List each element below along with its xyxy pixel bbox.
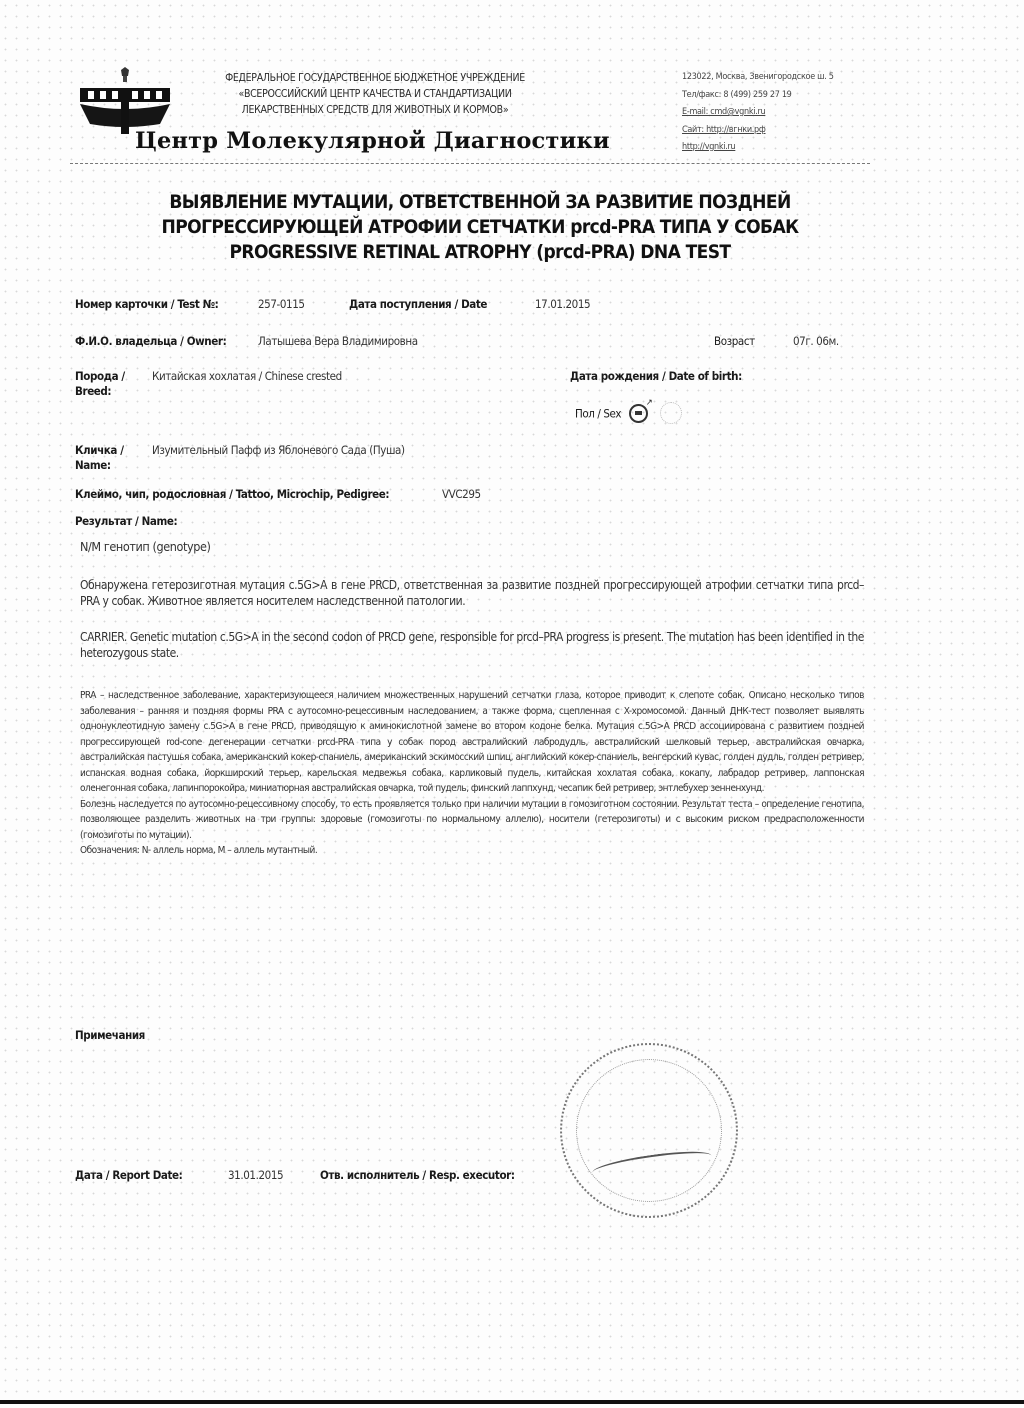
title-line-3: PROGRESSIVE RETINAL ATROPHY (prcd-PRA) D… [120, 240, 840, 265]
scan-bottom-edge [0, 1400, 1024, 1404]
sex-field: Пол / Sex ↗ [575, 402, 682, 424]
title-line-1: ВЫЯВЛЕНИЕ МУТАЦИИ, ОТВЕТСТВЕННОЙ ЗА РАЗВ… [120, 190, 840, 215]
contact-phone: Тел/факс: 8 (499) 259 27 19 [682, 87, 834, 105]
official-seal-stamp [560, 1043, 738, 1218]
info-paragraph-3: Обозначения: N- аллель норма, M – аллель… [80, 843, 864, 859]
receipt-date-label: Дата поступления / Date [349, 297, 487, 311]
pet-name-label-en: Name: [75, 458, 124, 473]
sex-label: Пол / Sex [575, 407, 621, 421]
organization-name: ФЕДЕРАЛЬНОЕ ГОСУДАРСТВЕННОЕ БЮДЖЕТНОЕ УЧ… [190, 70, 560, 118]
breed-label-ru: Порода / [75, 369, 125, 384]
breed-label-en: Breed: [75, 384, 125, 399]
title-line-2: ПРОГРЕССИРУЮЩЕЙ АТРОФИИ СЕТЧАТКИ prcd-PR… [120, 215, 840, 240]
report-date-label: Дата / Report Date: [75, 1168, 182, 1182]
owner-value: Латышева Вера Владимировна [258, 334, 418, 348]
notes-label: Примечания [75, 1028, 145, 1042]
genotype-result: N/M генотип (genotype) [80, 539, 211, 554]
age-value: 07г. 06м. [793, 334, 839, 348]
tattoo-label: Клеймо, чип, родословная / Tattoo, Micro… [75, 487, 389, 501]
report-date-value: 31.01.2015 [228, 1168, 283, 1182]
pet-name-value: Изумительный Пафф из Яблоневого Сада (Пу… [152, 443, 405, 457]
breed-value: Китайская хохлатая / Chinese crested [152, 369, 342, 383]
info-paragraph-2: Болезнь наследуется по аутосомно-рецесси… [80, 797, 864, 844]
contact-block: 123022, Москва, Звенигородское ш. 5 Тел/… [682, 69, 834, 157]
info-paragraph-1: PRA – наследственное заболевание, характ… [80, 688, 864, 797]
document-title: ВЫЯВЛЕНИЕ МУТАЦИИ, ОТВЕТСТВЕННОЙ ЗА РАЗВ… [120, 190, 840, 265]
contact-address: 123022, Москва, Звенигородское ш. 5 [682, 69, 834, 87]
birth-date-label: Дата рождения / Date of birth: [570, 369, 742, 383]
result-label: Результат / Name: [75, 514, 177, 528]
org-line-2: «ВСЕРОССИЙСКИЙ ЦЕНТР КАЧЕСТВА И СТАНДАРТ… [190, 86, 560, 102]
contact-email[interactable]: E-mail: cmd@vgnki.ru [682, 104, 834, 122]
contact-site-alt[interactable]: http://vgnki.ru [682, 139, 834, 157]
pet-name-label-ru: Кличка / [75, 443, 124, 458]
header-divider [70, 163, 870, 164]
contact-site[interactable]: Сайт: http://вгнки.рф [682, 122, 834, 140]
org-line-3: ЛЕКАРСТВЕННЫХ СРЕДСТВ ДЛЯ ЖИВОТНЫХ И КОР… [190, 102, 560, 118]
org-line-1: ФЕДЕРАЛЬНОЕ ГОСУДАРСТВЕННОЕ БЮДЖЕТНОЕ УЧ… [190, 70, 560, 86]
result-description-en: CARRIER. Genetic mutation c.5G>A in the … [80, 629, 864, 661]
age-label: Возраст [714, 334, 755, 348]
disease-info: PRA – наследственное заболевание, характ… [80, 688, 864, 859]
test-number-label: Номер карточки / Test №: [75, 297, 218, 311]
receipt-date-value: 17.01.2015 [535, 297, 590, 311]
tattoo-value: VVC295 [442, 487, 481, 501]
breed-label: Порода / Breed: [75, 369, 125, 399]
center-name: Центр Молекулярной Диагностики [135, 128, 610, 154]
owner-label: Ф.И.О. владельца / Owner: [75, 334, 226, 348]
male-symbol-icon: ↗ [629, 404, 648, 423]
result-description-ru: Обнаружена гетерозиготная мутация c.5G>A… [80, 577, 864, 609]
pet-name-label: Кличка / Name: [75, 443, 124, 473]
institution-logo-icon [76, 66, 174, 136]
executor-label: Отв. исполнитель / Resp. executor: [320, 1168, 515, 1182]
test-number-value: 257-0115 [258, 297, 305, 311]
female-option-placeholder-icon [660, 402, 682, 424]
